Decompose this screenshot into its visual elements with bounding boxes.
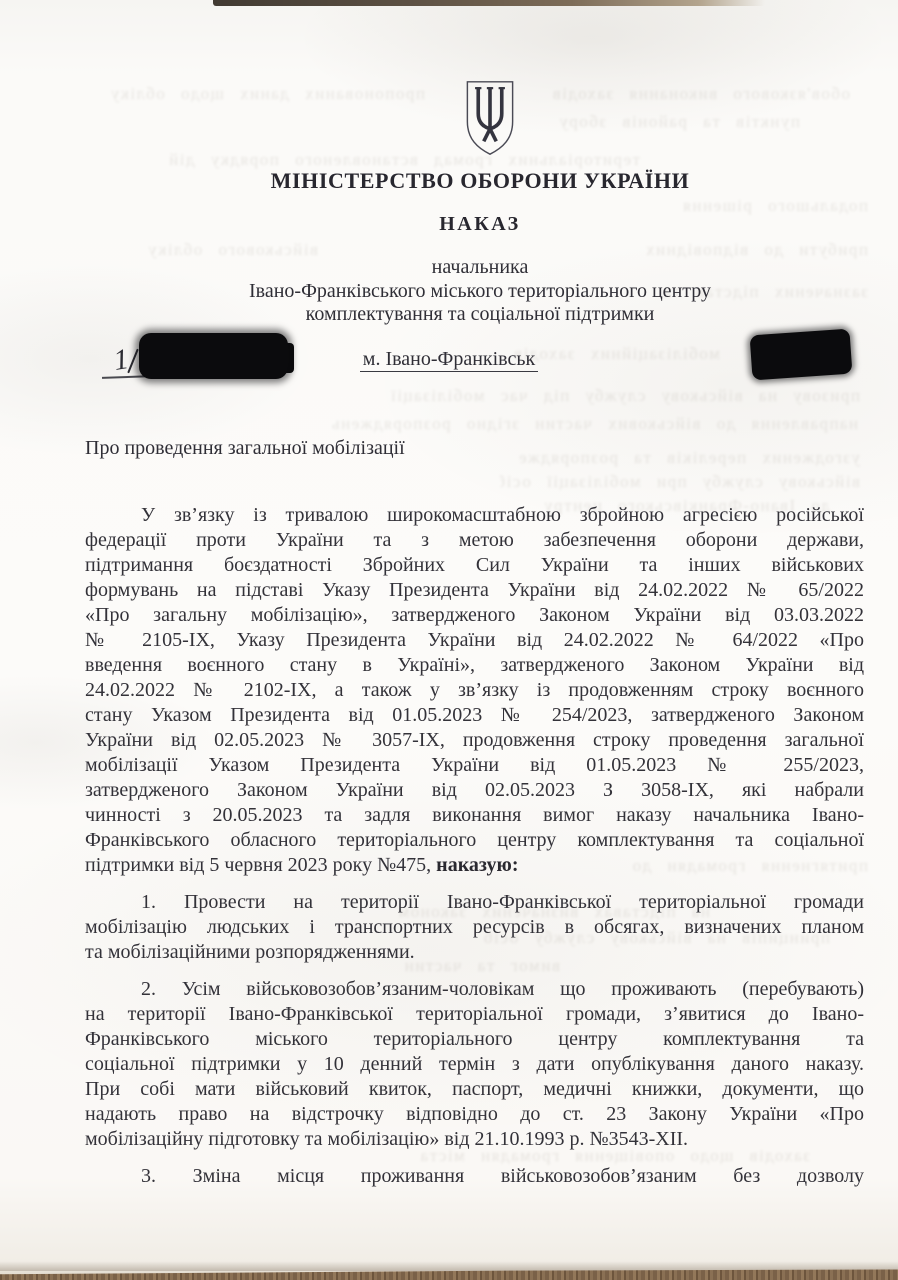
- dateline: 1 м. Івано-Франківськ: [0, 330, 898, 390]
- body-line: Франківського міського територіального ц…: [85, 1027, 864, 1052]
- body-line: мобілізацію людських і транспортних ресу…: [85, 915, 864, 940]
- body-line: № 2105-ІХ, Указу Президента України від …: [85, 628, 864, 653]
- place-name: м. Івано-Франківськ: [360, 348, 538, 372]
- body-line: на території Івано-Франківської територі…: [85, 1002, 864, 1027]
- bleedthrough-text: пунктів та районів збору: [540, 112, 800, 132]
- page-bottom-shadow: [0, 1261, 898, 1271]
- body-line: введення воєнного стану в Україні», затв…: [85, 653, 864, 678]
- body-line: соціальної підтримки у 10 денний термін …: [85, 1052, 864, 1077]
- body-text: У зв’язку із тривалою широкомасштабною з…: [85, 503, 864, 1189]
- body-line: 2. Усім військовозобов’язаним-чоловікам …: [85, 977, 864, 1002]
- table-edge-bottom: [0, 1265, 898, 1280]
- ministry-title: МІНІСТЕРСТВО ОБОРОНИ УКРАЇНИ: [85, 168, 875, 194]
- body-line: федерації проти України та з метою забез…: [85, 528, 864, 553]
- bleedthrough-text: пропонованих даних щодо обліку: [95, 84, 425, 104]
- body-line: стану Указом Президента від 01.05.2023 №…: [85, 703, 864, 728]
- body-line: мобілізаційну підготовку та мобілізацію»…: [85, 1127, 864, 1152]
- body-line: та мобілізаційними розпорядженнями.: [85, 940, 864, 965]
- body-line: України від 02.05.2023 № 3057-ІХ, продов…: [85, 728, 864, 753]
- table-edge-top: [213, 0, 765, 6]
- body-line: 24.02.2022 № 2102-ІХ, а також у зв’язку …: [85, 678, 864, 703]
- body-line: При собі мати військовий квиток, паспорт…: [85, 1077, 864, 1102]
- bleedthrough-text: обов'язкового виконання заходів: [540, 84, 850, 104]
- body-line: підтримки від 5 червня 2023 року №475, н…: [85, 853, 864, 878]
- body-line: чинності з 20.05.2023 та задля виконання…: [85, 803, 864, 828]
- issuer-line: Івано-Франківського міського територіаль…: [85, 280, 875, 304]
- body-line: затвердженого Законом України від 02.05.…: [85, 778, 864, 803]
- bleedthrough-text: військову службу при мобілізації осіб: [500, 472, 860, 492]
- issuer-line: начальника: [85, 256, 875, 280]
- body-line: Франківського обласного територіального …: [85, 828, 864, 853]
- scanned-order-document: пропонованих даних щодо облікуобов'язков…: [0, 0, 898, 1280]
- body-line: 3. Зміна місця проживання військовозобов…: [85, 1164, 864, 1189]
- bleedthrough-text: територіальних громад встановленого поря…: [100, 150, 640, 170]
- order-subject: Про проведення загальної мобілізації: [85, 437, 405, 460]
- body-line: формувань на підставі Указу Президента У…: [85, 578, 864, 603]
- issuer-block: начальника Івано-Франківського міського …: [85, 256, 875, 327]
- body-line: 1. Провести на території Івано-Франківсь…: [85, 890, 864, 915]
- body-line: надають право на відстрочку відповідно д…: [85, 1102, 864, 1127]
- issuer-line: комплектування та соціальної підтримки: [85, 303, 875, 327]
- order-heading: НАКАЗ: [85, 213, 875, 236]
- body-line: «Про загальну мобілізацію», затвердженог…: [85, 603, 864, 628]
- bleedthrough-text: направлення до військових частин згідно …: [240, 414, 858, 434]
- body-line: підтримання боєздатності Збройних Сил Ук…: [85, 553, 864, 578]
- ukraine-trident-emblem-icon: [461, 80, 519, 156]
- body-line: мобілізації Указом Президента України ві…: [85, 753, 864, 778]
- bleedthrough-text: узгоджених переліків та розпоряджень: [520, 448, 860, 468]
- body-line: У зв’язку із тривалою широкомасштабною з…: [85, 503, 864, 528]
- redaction-number: [750, 329, 853, 381]
